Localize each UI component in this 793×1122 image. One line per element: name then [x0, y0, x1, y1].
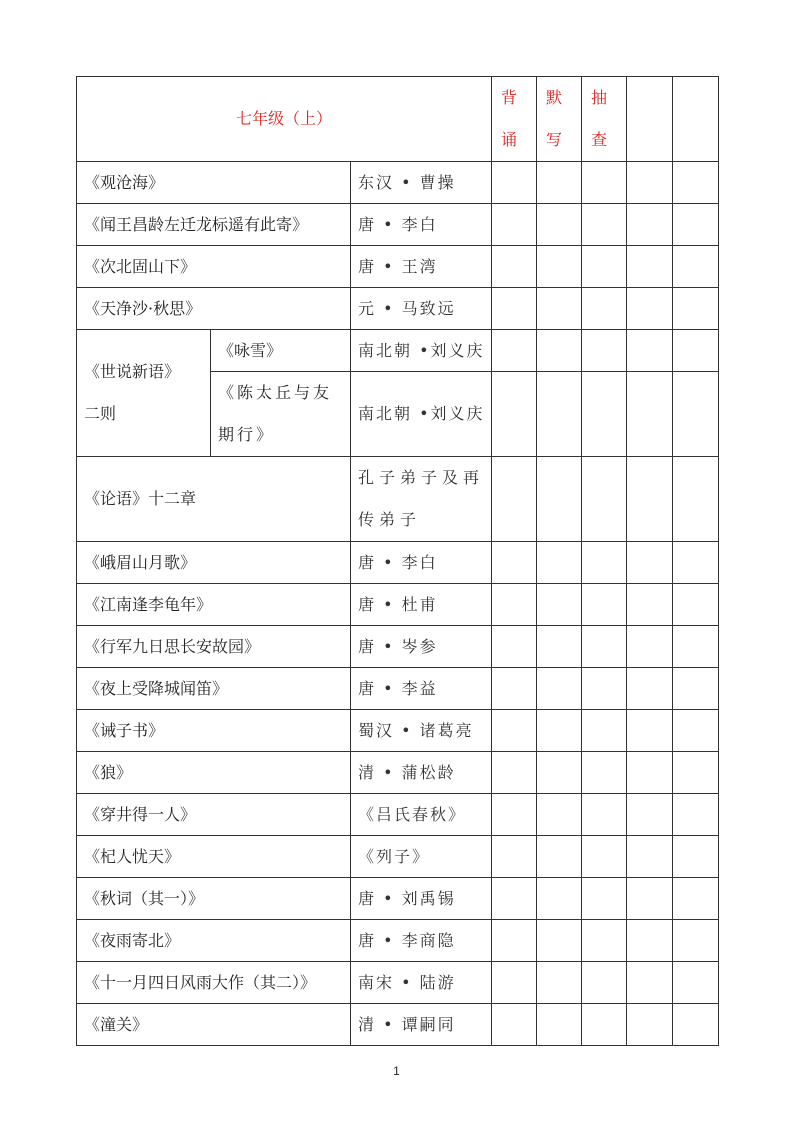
table-row: 《诫子书》蜀汉 • 诸葛亮 [77, 710, 719, 752]
work-title: 《观沧海》 [77, 162, 351, 204]
work-title: 《夜上受降城闻笛》 [77, 668, 351, 710]
check-cell[interactable] [582, 372, 627, 457]
check-cell[interactable] [673, 204, 719, 246]
check-cell[interactable] [673, 920, 719, 962]
check-cell[interactable] [673, 794, 719, 836]
work-title: 《诫子书》 [77, 710, 351, 752]
check-cell[interactable] [627, 878, 673, 920]
check-cell[interactable] [492, 330, 537, 372]
table-row: 《狼》清 • 蒲松龄 [77, 752, 719, 794]
check-cell[interactable] [492, 372, 537, 457]
check-cell[interactable] [627, 584, 673, 626]
check-cell[interactable] [627, 836, 673, 878]
check-cell[interactable] [673, 626, 719, 668]
check-cell[interactable] [537, 878, 582, 920]
check-cell[interactable] [673, 584, 719, 626]
check-cell[interactable] [582, 920, 627, 962]
check-cell[interactable] [627, 668, 673, 710]
check-cell[interactable] [673, 246, 719, 288]
table-row: 《秋词（其一）》唐 • 刘禹锡 [77, 878, 719, 920]
check-cell[interactable] [582, 962, 627, 1004]
check-cell[interactable] [582, 1004, 627, 1046]
check-cell[interactable] [673, 710, 719, 752]
recitation-table: 七年级（上） 背诵 默写 抽查 《观沧海》东汉 • 曹操《闻王昌龄左迁龙标遥有此… [76, 76, 719, 1046]
col-header-blank-2 [673, 77, 719, 162]
table-row: 《穿井得一人》《吕氏春秋》 [77, 794, 719, 836]
work-title: 《潼关》 [77, 1004, 351, 1046]
check-cell[interactable] [537, 1004, 582, 1046]
check-cell[interactable] [537, 626, 582, 668]
work-title: 《次北固山下》 [77, 246, 351, 288]
col-header-blank-1 [627, 77, 673, 162]
work-title: 《秋词（其一）》 [77, 878, 351, 920]
author: 蜀汉 • 诸葛亮 [351, 710, 492, 752]
check-cell[interactable] [673, 836, 719, 878]
col-header-spotcheck: 抽查 [582, 77, 627, 162]
check-cell[interactable] [627, 457, 673, 542]
check-cell[interactable] [673, 668, 719, 710]
check-cell[interactable] [627, 288, 673, 330]
check-cell[interactable] [582, 204, 627, 246]
check-cell[interactable] [627, 204, 673, 246]
check-cell[interactable] [582, 162, 627, 204]
author: 《列子》 [351, 836, 492, 878]
page-number: 1 [0, 1064, 793, 1078]
check-cell[interactable] [627, 920, 673, 962]
col-header-recite: 背诵 [492, 77, 537, 162]
check-cell[interactable] [627, 246, 673, 288]
author: 唐 • 李白 [351, 542, 492, 584]
check-cell[interactable] [537, 330, 582, 372]
check-cell[interactable] [627, 626, 673, 668]
table-row: 《世说新语》二则《咏雪》南北朝 •刘义庆 [77, 330, 719, 372]
check-cell[interactable] [673, 372, 719, 457]
check-cell[interactable] [673, 878, 719, 920]
check-cell[interactable] [492, 668, 537, 710]
author: 唐 • 刘禹锡 [351, 878, 492, 920]
header-row: 七年级（上） 背诵 默写 抽查 [77, 77, 719, 162]
check-cell[interactable] [537, 372, 582, 457]
work-title: 《狼》 [77, 752, 351, 794]
col-header-dictate: 默写 [537, 77, 582, 162]
check-cell[interactable] [582, 330, 627, 372]
author: 南宋 • 陆游 [351, 962, 492, 1004]
author: 东汉 • 曹操 [351, 162, 492, 204]
check-cell[interactable] [582, 626, 627, 668]
group-title: 《世说新语》二则 [77, 330, 211, 457]
work-title: 《天净沙·秋思》 [77, 288, 351, 330]
check-cell[interactable] [492, 542, 537, 584]
check-cell[interactable] [537, 584, 582, 626]
author: 唐 • 李益 [351, 668, 492, 710]
check-cell[interactable] [582, 246, 627, 288]
work-title: 《杞人忧天》 [77, 836, 351, 878]
work-title: 《夜雨寄北》 [77, 920, 351, 962]
check-cell[interactable] [582, 457, 627, 542]
check-cell[interactable] [582, 288, 627, 330]
author: 唐 • 岑参 [351, 626, 492, 668]
check-cell[interactable] [673, 752, 719, 794]
check-cell[interactable] [627, 710, 673, 752]
check-cell[interactable] [537, 962, 582, 1004]
author: 清 • 蒲松龄 [351, 752, 492, 794]
check-cell[interactable] [673, 542, 719, 584]
check-cell[interactable] [627, 1004, 673, 1046]
check-cell[interactable] [627, 962, 673, 1004]
work-title: 《江南逢李龟年》 [77, 584, 351, 626]
check-cell[interactable] [582, 584, 627, 626]
work-title: 《行军九日思长安故园》 [77, 626, 351, 668]
table-row: 《论语》十二章孔子弟子及再传弟子 [77, 457, 719, 542]
check-cell[interactable] [537, 710, 582, 752]
check-cell[interactable] [627, 794, 673, 836]
check-cell[interactable] [492, 794, 537, 836]
check-cell[interactable] [582, 794, 627, 836]
check-cell[interactable] [627, 372, 673, 457]
table-row: 《夜雨寄北》唐 • 李商隐 [77, 920, 719, 962]
table-row: 《夜上受降城闻笛》唐 • 李益 [77, 668, 719, 710]
check-cell[interactable] [537, 668, 582, 710]
check-cell[interactable] [673, 288, 719, 330]
check-cell[interactable] [627, 330, 673, 372]
check-cell[interactable] [492, 1004, 537, 1046]
check-cell[interactable] [492, 752, 537, 794]
check-cell[interactable] [627, 162, 673, 204]
check-cell[interactable] [582, 668, 627, 710]
work-title: 《闻王昌龄左迁龙标遥有此寄》 [77, 204, 351, 246]
check-cell[interactable] [582, 752, 627, 794]
check-cell[interactable] [537, 794, 582, 836]
table-row: 《观沧海》东汉 • 曹操 [77, 162, 719, 204]
author: 南北朝 •刘义庆 [351, 330, 492, 372]
check-cell[interactable] [492, 710, 537, 752]
check-cell[interactable] [492, 204, 537, 246]
work-title: 《穿井得一人》 [77, 794, 351, 836]
author: 《吕氏春秋》 [351, 794, 492, 836]
table-row: 《峨眉山月歌》唐 • 李白 [77, 542, 719, 584]
check-cell[interactable] [537, 457, 582, 542]
work-title: 《论语》十二章 [77, 457, 351, 542]
author: 唐 • 李商隐 [351, 920, 492, 962]
check-cell[interactable] [627, 542, 673, 584]
check-cell[interactable] [627, 752, 673, 794]
check-cell[interactable] [582, 542, 627, 584]
work-title: 《咏雪》 [211, 330, 351, 372]
grade-title: 七年级（上） [77, 77, 492, 162]
check-cell[interactable] [537, 836, 582, 878]
check-cell[interactable] [492, 626, 537, 668]
author: 唐 • 杜甫 [351, 584, 492, 626]
check-cell[interactable] [673, 162, 719, 204]
check-cell[interactable] [582, 878, 627, 920]
check-cell[interactable] [492, 878, 537, 920]
work-title: 《峨眉山月歌》 [77, 542, 351, 584]
check-cell[interactable] [673, 330, 719, 372]
table-row: 《天净沙·秋思》元 • 马致远 [77, 288, 719, 330]
check-cell[interactable] [492, 584, 537, 626]
check-cell[interactable] [537, 246, 582, 288]
author: 孔子弟子及再传弟子 [351, 457, 492, 542]
work-title: 《陈太丘与友期行》 [211, 372, 351, 457]
check-cell[interactable] [673, 962, 719, 1004]
check-cell[interactable] [537, 542, 582, 584]
check-cell[interactable] [673, 1004, 719, 1046]
check-cell[interactable] [492, 162, 537, 204]
table-row: 《江南逢李龟年》唐 • 杜甫 [77, 584, 719, 626]
check-cell[interactable] [537, 752, 582, 794]
work-title: 《十一月四日风雨大作（其二）》 [77, 962, 351, 1004]
check-cell[interactable] [492, 836, 537, 878]
check-cell[interactable] [537, 204, 582, 246]
check-cell[interactable] [492, 288, 537, 330]
check-cell[interactable] [492, 246, 537, 288]
author: 南北朝 •刘义庆 [351, 372, 492, 457]
author: 清 • 谭嗣同 [351, 1004, 492, 1046]
check-cell[interactable] [492, 920, 537, 962]
table-row: 《闻王昌龄左迁龙标遥有此寄》唐 • 李白 [77, 204, 719, 246]
author: 唐 • 李白 [351, 204, 492, 246]
author: 唐 • 王湾 [351, 246, 492, 288]
table-row: 《杞人忧天》《列子》 [77, 836, 719, 878]
check-cell[interactable] [492, 457, 537, 542]
check-cell[interactable] [492, 962, 537, 1004]
table-row: 《次北固山下》唐 • 王湾 [77, 246, 719, 288]
check-cell[interactable] [582, 836, 627, 878]
check-cell[interactable] [537, 288, 582, 330]
table-row: 《十一月四日风雨大作（其二）》南宋 • 陆游 [77, 962, 719, 1004]
check-cell[interactable] [673, 457, 719, 542]
table-row: 《行军九日思长安故园》唐 • 岑参 [77, 626, 719, 668]
author: 元 • 马致远 [351, 288, 492, 330]
check-cell[interactable] [582, 710, 627, 752]
table-row: 《潼关》清 • 谭嗣同 [77, 1004, 719, 1046]
check-cell[interactable] [537, 920, 582, 962]
check-cell[interactable] [537, 162, 582, 204]
